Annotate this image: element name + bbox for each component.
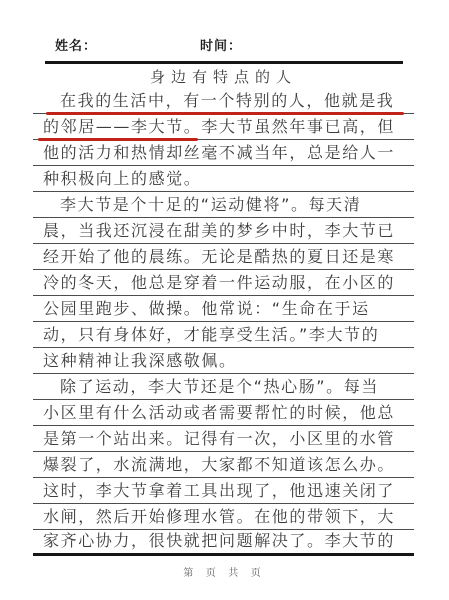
essay-line: 这种精神让我深感敬佩。 [33, 348, 414, 374]
name-label: 姓名： [55, 35, 97, 54]
essay-title: 身边有特点的人 [33, 67, 414, 88]
essay-line: 是第一个站出来。记得有一次，小区里的水管 [33, 426, 414, 452]
line-text: 是第一个站出来。记得有一次，小区里的水管 [43, 426, 395, 449]
essay-line: 公园里跑步、做操。他常说：“生命在于运 [33, 296, 414, 322]
essay-line: 这时，李大节拿着工具出现了，他迅速关闭了 [33, 478, 414, 504]
line-text: 李大节是个十足的“运动健将”。每天清 [60, 192, 361, 215]
essay-body: 在我的生活中，有一个特别的人，他就是我的邻居——李大节。李大节虽然年事已高，但他… [33, 88, 414, 556]
line-text: 种积极向上的感觉。 [43, 166, 201, 189]
essay-page: 姓名： 时间： 身边有特点的人 在我的生活中，有一个特别的人，他就是我的邻居——… [0, 0, 449, 600]
essay-line: 动，只有身体好，才能享受生活。”李大节的 [33, 322, 414, 348]
time-label: 时间： [200, 35, 242, 54]
line-text: 他的活力和热情却丝毫不减当年，总是给人一 [43, 140, 395, 163]
line-text: 动，只有身体好，才能享受生活。”李大节的 [43, 322, 379, 345]
line-text: 这时，李大节拿着工具出现了，他迅速关闭了 [43, 478, 395, 501]
line-text: 晨，当我还沉浸在甜美的梦乡中时，李大节已 [43, 218, 395, 241]
line-text: 冷的冬天，他总是穿着一件运动服，在小区的 [43, 270, 395, 293]
line-text: 爆裂了，水流满地，大家都不知道该怎么办。 [43, 452, 395, 475]
essay-line: 在我的生活中，有一个特别的人，他就是我 [33, 88, 414, 114]
line-text: 水闸，然后开始修理水管。在他的带领下，大 [43, 504, 395, 527]
line-text: 这种精神让我深感敬佩。 [43, 348, 237, 371]
line-text: 小区里有什么活动或者需要帮忙的时候，他总 [43, 400, 395, 423]
essay-line: 水闸，然后开始修理水管。在他的带领下，大 [33, 504, 414, 530]
essay-line: 李大节是个十足的“运动健将”。每天清 [33, 192, 414, 218]
essay-line: 的邻居——李大节。李大节虽然年事已高，但 [33, 114, 414, 140]
essay-line: 经开始了他的晨练。无论是酷热的夏日还是寒 [33, 244, 414, 270]
header-divider [45, 61, 403, 64]
essay-line: 爆裂了，水流满地，大家都不知道该怎么办。 [33, 452, 414, 478]
line-text: 经开始了他的晨练。无论是酷热的夏日还是寒 [43, 244, 395, 267]
essay-line: 除了运动，李大节还是个“热心肠”。每当 [33, 374, 414, 400]
line-text: 在我的生活中，有一个特别的人，他就是我 [60, 88, 394, 111]
essay-line: 冷的冬天，他总是穿着一件运动服，在小区的 [33, 270, 414, 296]
essay-line: 种积极向上的感觉。 [33, 166, 414, 192]
line-text: 公园里跑步、做操。他常说：“生命在于运 [43, 296, 370, 319]
essay-line: 家齐心协力，很快就把问题解决了。李大节的 [33, 530, 414, 556]
line-text: 除了运动，李大节还是个“热心肠”。每当 [60, 374, 379, 397]
essay-line: 他的活力和热情却丝毫不减当年，总是给人一 [33, 140, 414, 166]
essay-line: 晨，当我还沉浸在甜美的梦乡中时，李大节已 [33, 218, 414, 244]
line-text: 家齐心协力，很快就把问题解决了。李大节的 [43, 528, 395, 551]
line-text: 的邻居——李大节。李大节虽然年事已高，但 [43, 114, 395, 137]
page-footer: 第 页 共 页 [0, 564, 449, 579]
essay-line: 小区里有什么活动或者需要帮忙的时候，他总 [33, 400, 414, 426]
